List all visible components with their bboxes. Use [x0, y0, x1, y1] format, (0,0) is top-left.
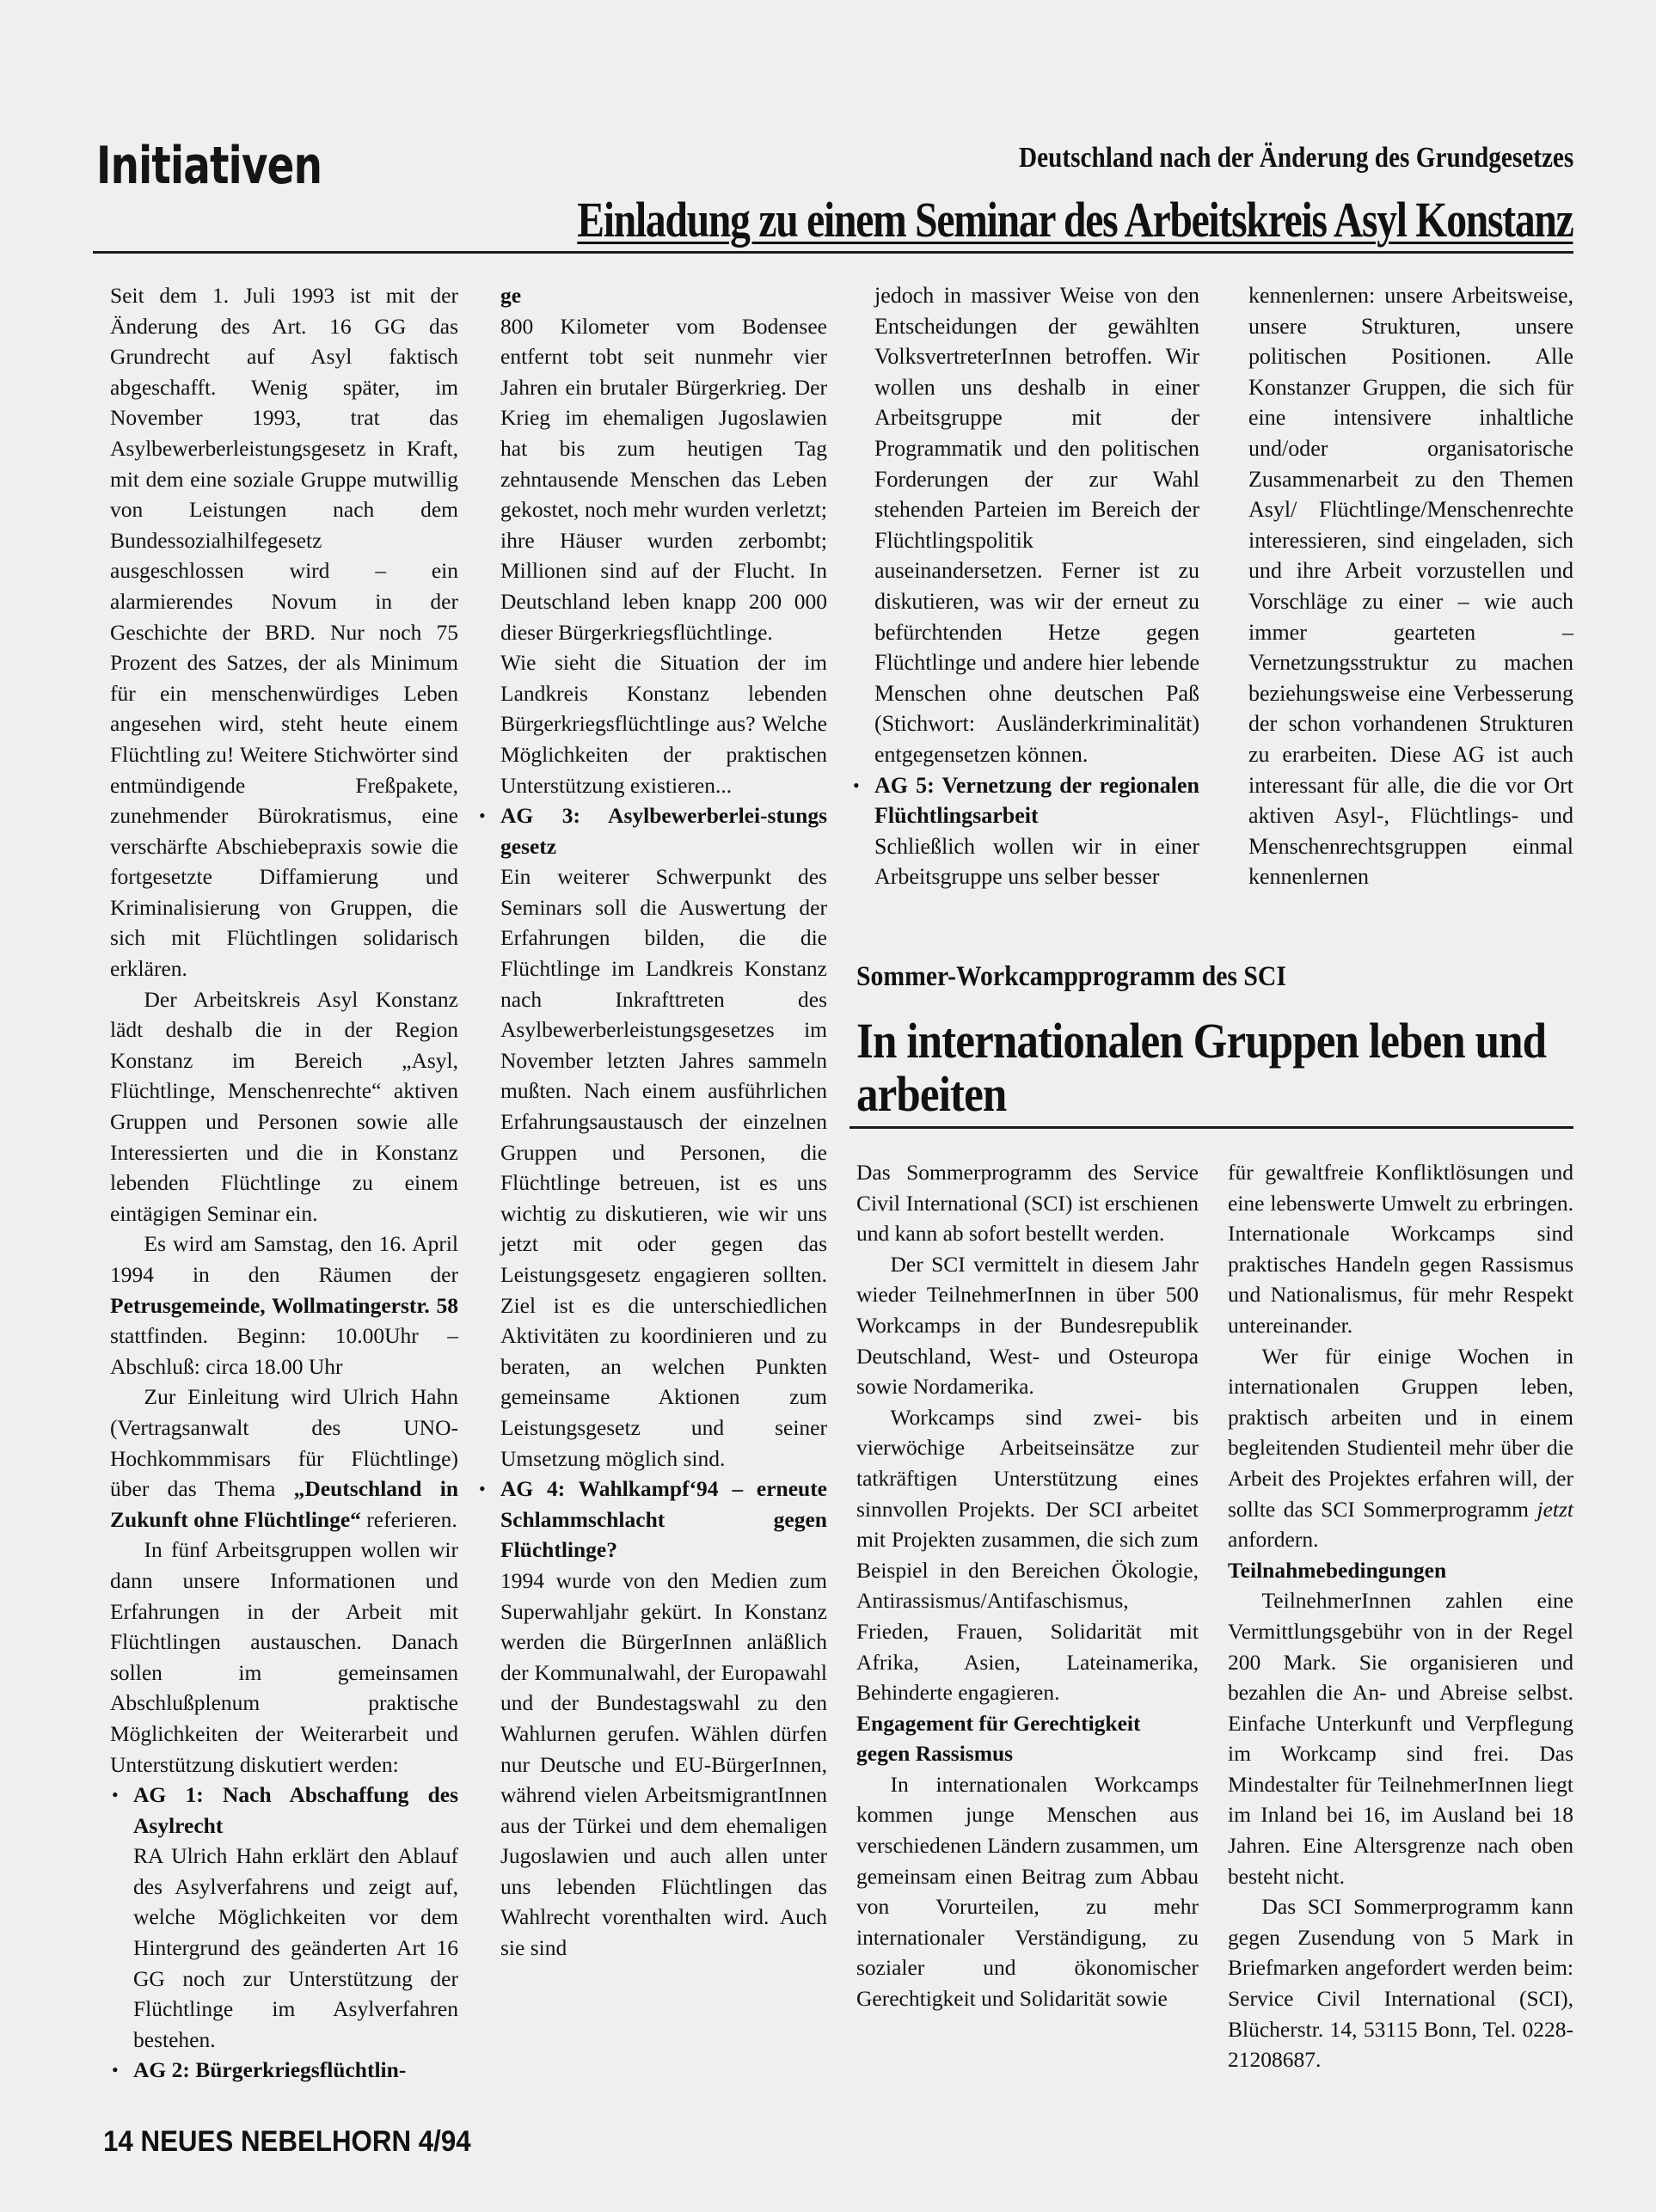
article1-headline: Einladung zu einem Seminar des Arbeitskr…: [578, 191, 1573, 248]
ag-text: 1994 wurde von den Medien zum Superwahlj…: [500, 1568, 827, 1960]
paragraph: Seit dem 1. Juli 1993 ist mit der Änderu…: [110, 280, 458, 984]
paragraph: Wer für einige Wochen in internationalen…: [1228, 1341, 1573, 1555]
bullet-icon: •: [853, 770, 860, 801]
venue-address: Petrusgemeinde, Wollmatingerstr. 58: [110, 1293, 458, 1318]
article1-column-4: kennenlernen: unsere Arbeitsweise, unser…: [1248, 280, 1573, 892]
emphasis: jetzt: [1537, 1497, 1574, 1522]
ag-text: Schließlich wollen wir in einer Arbeitsg…: [874, 834, 1199, 890]
paragraph: Es wird am Samstag, den 16. April 1994 i…: [110, 1229, 458, 1382]
article1-column-2: ge 800 Kilometer vom Bodensee entfernt t…: [477, 280, 827, 1964]
article1-column-3: jedoch in massiver Weise von den Entsche…: [851, 280, 1199, 892]
list-item-ag4: • AG 4: Wahlkampf‘94 – erneute Schlammsc…: [477, 1474, 827, 1964]
section-label: Initiativen: [96, 136, 322, 196]
ag-title: AG 5: Vernetzung der regionalen Flüchtli…: [874, 770, 1199, 831]
bullet-icon: •: [479, 800, 486, 831]
paragraph: Zur Einleitung wird Ulrich Hahn (Vertrag…: [110, 1382, 458, 1535]
ag-text: 800 Kilometer vom Bodensee entfernt tobt…: [500, 314, 827, 645]
ag-title: ge: [500, 280, 827, 311]
article1-kicker: Deutschland nach der Änderung des Grundg…: [1019, 142, 1573, 175]
article2-kicker: Sommer-Workcampprogramm des SCI: [856, 961, 1286, 993]
list-item-ag4-cont: jedoch in massiver Weise von den Entsche…: [851, 280, 1199, 770]
ag-text: Ein weiterer Schwerpunkt des Seminars so…: [500, 864, 827, 1470]
bullet-icon: •: [112, 1780, 119, 1811]
list-item-ag1: • AG 1: Nach Abschaffung des Asylrecht R…: [110, 1780, 458, 2055]
text: stattfinden. Beginn: 10.00Uhr – Abschluß…: [110, 1323, 458, 1379]
list-item-ag2: • AG 2: Bürgerkriegsflüchtlin-: [110, 2055, 458, 2086]
paragraph: Workcamps sind zwei- bis vierwöchige Arb…: [856, 1402, 1199, 1708]
article2-headline: In internationalen Gruppen leben und arb…: [856, 1014, 1613, 1121]
ag-text: Wie sieht die Situation der im Landkreis…: [500, 647, 827, 800]
ag-text: RA Ulrich Hahn erklärt den Ablauf des As…: [133, 1843, 458, 2052]
text: Es wird am Samstag, den 16. April 1994 i…: [110, 1231, 458, 1287]
bullet-icon: •: [479, 1474, 486, 1504]
paragraph: TeilnehmerInnen zahlen eine Vermittlungs…: [1228, 1585, 1573, 1891]
article2-rule: [849, 1126, 1573, 1129]
article2-column-2: für gewaltfreie Konfliktlösungen und ein…: [1228, 1157, 1573, 2075]
paragraph: In internationalen Workcamps kommen jung…: [856, 1769, 1199, 2014]
ag-text: jedoch in massiver Weise von den Entsche…: [874, 283, 1199, 767]
ag-title: AG 4: Wahlkampf‘94 – erneute Schlammschl…: [500, 1474, 827, 1566]
list-item-ag2-cont: ge 800 Kilometer vom Bodensee entfernt t…: [477, 280, 827, 800]
article2-column-1: Das Sommerprogramm des Service Civil Int…: [856, 1157, 1199, 2014]
ag-title: AG 1: Nach Abschaffung des Asylrecht: [133, 1780, 458, 1841]
text: anfordern.: [1228, 1527, 1319, 1552]
subheading: Engagement für Gerechtigkeit gegen Rassi…: [856, 1708, 1199, 1769]
text: referieren.: [361, 1507, 457, 1532]
paragraph: Das Sommerprogramm des Service Civil Int…: [856, 1157, 1199, 1249]
list-item-ag5: • AG 5: Vernetzung der regionalen Flücht…: [851, 770, 1199, 892]
subheading: Teilnahmebedingungen: [1228, 1555, 1573, 1586]
list-item-ag3: • AG 3: Asylbewerberlei-stungs gesetz Ei…: [477, 800, 827, 1474]
ag-text: kennenlernen: unsere Arbeitsweise, unser…: [1248, 280, 1573, 892]
article1-rule: [93, 251, 1573, 254]
paragraph: für gewaltfreie Konfliktlösungen und ein…: [1228, 1157, 1573, 1341]
paragraph: Der SCI vermittelt in diesem Jahr wieder…: [856, 1249, 1199, 1402]
page-footer: 14 NEUES NEBELHORN 4/94: [103, 2125, 471, 2159]
ag-title: AG 2: Bürgerkriegsflüchtlin-: [133, 2055, 458, 2086]
paragraph: Der Arbeitskreis Asyl Konstanz lädt desh…: [110, 984, 458, 1229]
bullet-icon: •: [112, 2055, 119, 2086]
paragraph: In fünf Arbeitsgruppen wollen wir dann u…: [110, 1535, 458, 1780]
ag-title: AG 3: Asylbewerberlei-stungs gesetz: [500, 800, 827, 861]
text: Wer für einige Wochen in internationalen…: [1228, 1344, 1573, 1522]
article1-column-1: Seit dem 1. Juli 1993 ist mit der Änderu…: [110, 280, 458, 2086]
paragraph: Das SCI Sommerprogramm kann gegen Zusend…: [1228, 1891, 1573, 2075]
